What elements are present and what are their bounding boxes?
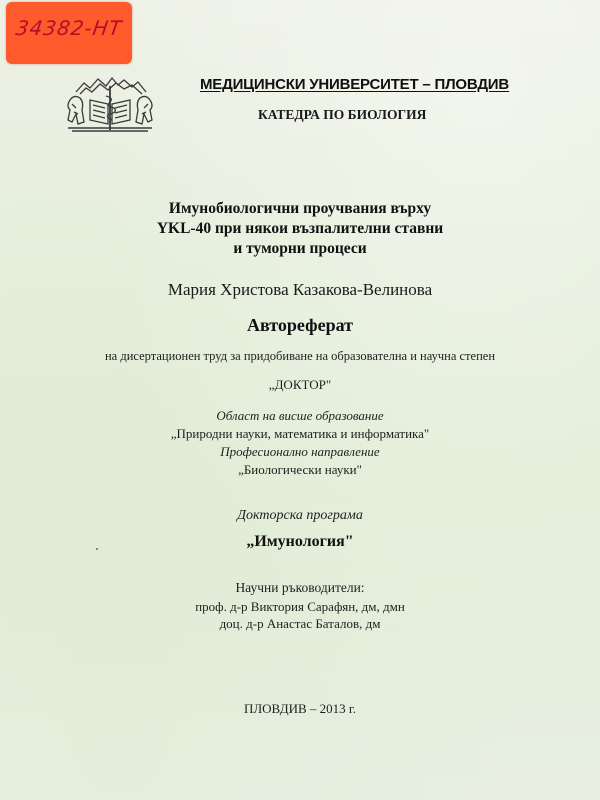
dissertation-description: на дисертационен труд за придобиване на … — [0, 349, 600, 364]
place-and-year: ПЛОВДИВ – 2013 г. — [0, 701, 600, 717]
scan-speck — [96, 548, 98, 550]
department-name: КАТЕДРА ПО БИОЛОГИЯ — [258, 107, 426, 123]
field-value: „Природни науки, математика и информатик… — [0, 426, 600, 442]
title-line: Имунобиологични проучвания върху — [0, 199, 600, 219]
degree: „ДОКТОР" — [0, 377, 600, 393]
university-emblem-icon — [62, 74, 158, 136]
direction-label: Професионално направление — [0, 444, 600, 460]
dissertation-title: Имунобиологични проучвания върху YKL-40 … — [0, 199, 600, 259]
supervisor-name: проф. д-р Виктория Сарафян, дм, дмн — [0, 599, 600, 615]
title-line: YKL-40 при някои възпалителни ставни — [0, 219, 600, 239]
author-name: Мария Христова Казакова-Велинова — [0, 280, 600, 300]
title-line: и туморни процеси — [0, 239, 600, 259]
direction-value: „Биологически науки" — [0, 462, 600, 478]
program-value: „Имунология" — [0, 533, 600, 551]
library-sticker: 34382-HT — [6, 2, 132, 64]
supervisor-name: доц. д-р Анастас Баталов, дм — [0, 616, 600, 632]
field-label: Област на висше образование — [0, 408, 600, 424]
program-label: Докторска програма — [0, 508, 600, 524]
sticker-code: 34382-HT — [14, 16, 127, 40]
university-name: МЕДИЦИНСКИ УНИВЕРСИТЕТ – ПЛОВДИВ — [200, 76, 509, 93]
supervisors-label: Научни ръководители: — [0, 580, 600, 596]
document-type: Автореферат — [0, 315, 600, 336]
